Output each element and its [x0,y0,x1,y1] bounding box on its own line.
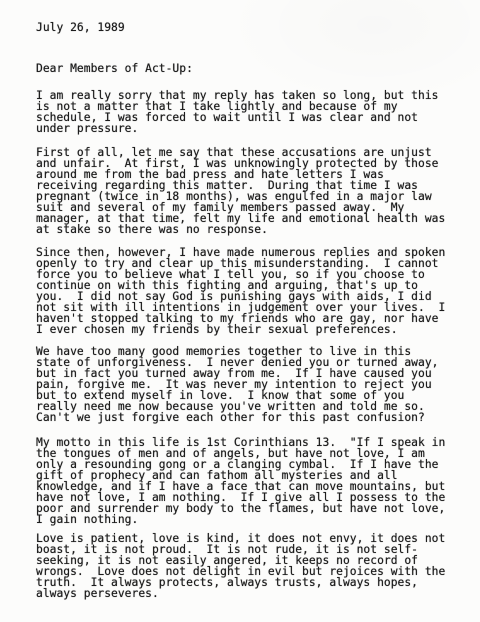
letter-date: July 26, 1989 [36,22,446,33]
letter-page: July 26, 1989 Dear Members of Act-Up: I … [0,0,480,622]
letter-paragraph-accusations: First of all, let me say that these accu… [36,147,446,235]
letter-salutation: Dear Members of Act-Up: [36,63,446,74]
letter-paragraph-love-is-patient: Love is patient, love is kind, it does n… [36,533,446,599]
letter-paragraph-apology: I am really sorry that my reply has take… [36,90,446,134]
letter-paragraph-misunderstanding: Since then, however, I have made numerou… [36,247,446,335]
letter-paragraph-corinthians: My motto in this life is 1st Corinthians… [36,437,446,525]
letter-paragraph-forgiveness: We have too many good memories together … [36,346,446,423]
